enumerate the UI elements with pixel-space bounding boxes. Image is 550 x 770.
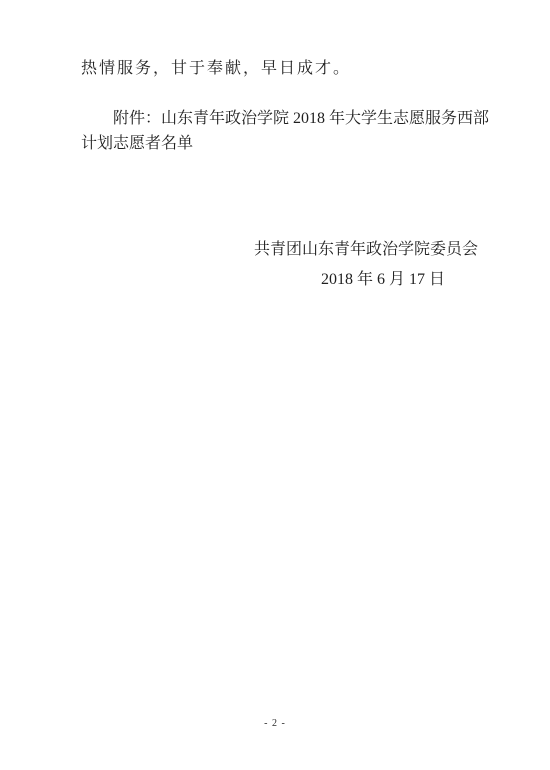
attachment-line-1: 附件：山东青年政治学院 2018 年大学生志愿服务西部 [81, 106, 483, 131]
signature-organization: 共青团山东青年政治学院委员会 [254, 235, 478, 265]
signature-date: 2018 年 6 月 17 日 [254, 265, 478, 295]
attachment-line-2: 计划志愿者名单 [81, 131, 483, 156]
attachment-paragraph: 附件：山东青年政治学院 2018 年大学生志愿服务西部 计划志愿者名单 [81, 106, 483, 156]
page-number: - 2 - [0, 718, 550, 729]
document-page: 热情服务，甘于奉献，早日成才。 附件：山东青年政治学院 2018 年大学生志愿服… [0, 0, 550, 770]
closing-paragraph: 热情服务，甘于奉献，早日成才。 [81, 56, 351, 81]
signature-block: 共青团山东青年政治学院委员会 2018 年 6 月 17 日 [254, 235, 478, 295]
